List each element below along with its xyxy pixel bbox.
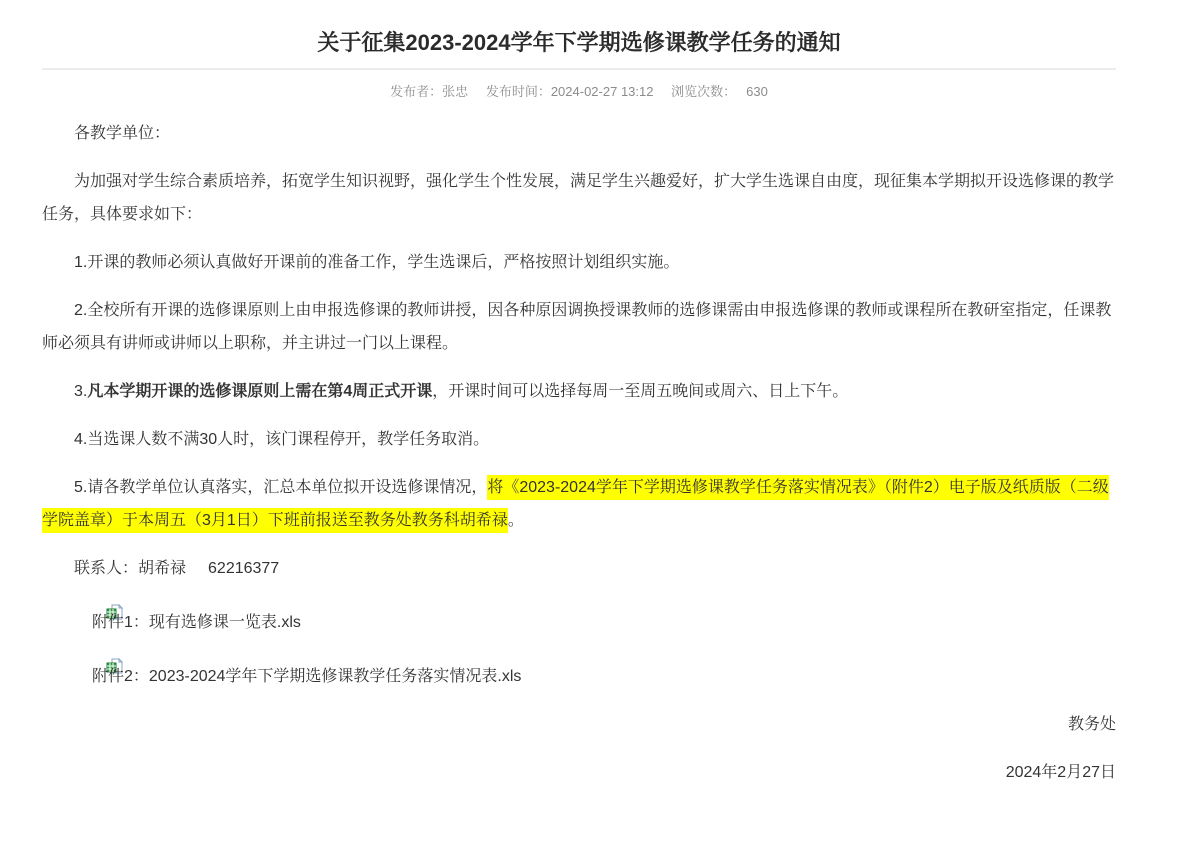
attachment-link-1[interactable]: 附件1：现有选修课一览表.xls [92, 614, 301, 631]
publisher-label: 发布者： [390, 84, 442, 99]
title-divider [42, 68, 1116, 70]
views-value: 630 [746, 84, 768, 99]
signature-department: 教务处 [42, 708, 1116, 741]
attachment-link-2[interactable]: 附件2：2023-2024学年下学期选修课教学任务落实情况表.xls [92, 668, 521, 685]
intro-paragraph: 为加强对学生综合素质培养，拓宽学生知识视野，强化学生个性发展，满足学生兴趣爱好，… [42, 165, 1116, 231]
signature-date: 2024年2月27日 [42, 756, 1116, 789]
article-meta: 发布者：张忠 发布时间：2024-02-27 13:12 浏览次数：630 [42, 82, 1116, 102]
item-3: 3.凡本学期开课的选修课原则上需在第4周正式开课，开课时间可以选择每周一至周五晚… [42, 375, 1116, 408]
publish-time-value: 2024-02-27 13:12 [551, 84, 654, 99]
publisher-value: 张忠 [442, 84, 468, 99]
item-2: 2.全校所有开课的选修课原则上由申报选修课的教师讲授，因各种原因调换授课教师的选… [42, 294, 1116, 360]
item-1: 1.开课的教师必须认真做好开课前的准备工作，学生选课后，严格按照计划组织实施。 [42, 246, 1116, 279]
views-label: 浏览次数： [671, 84, 736, 99]
excel-file-icon [74, 600, 91, 617]
attachment-row-2: 附件2：2023-2024学年下学期选修课教学任务落实情况表.xls [42, 654, 1116, 693]
contact-line: 联系人：胡希禄62216377 [42, 552, 1116, 585]
publish-time-label: 发布时间： [486, 84, 551, 99]
item-4: 4.当选课人数不满30人时，该门课程停开，教学任务取消。 [42, 423, 1116, 456]
excel-file-icon [74, 654, 91, 671]
article-body: 各教学单位： 为加强对学生综合素质培养，拓宽学生知识视野，强化学生个性发展，满足… [42, 117, 1116, 789]
contact-label: 联系人：胡希禄 [74, 560, 186, 577]
publish-time-meta: 发布时间：2024-02-27 13:12 [486, 84, 654, 99]
contact-phone: 62216377 [208, 560, 279, 577]
salutation: 各教学单位： [42, 117, 1116, 150]
item-5-prefix: 5.请各教学单位认真落实，汇总本单位拟开设选修课情况， [74, 479, 487, 496]
item-3-number: 3. [74, 383, 87, 400]
publisher-meta: 发布者：张忠 [390, 84, 468, 99]
notice-page: 关于征集2023-2024学年下学期选修课教学任务的通知 发布者：张忠 发布时间… [0, 30, 1188, 849]
attachment-row-1: 附件1：现有选修课一览表.xls [42, 600, 1116, 639]
page-title: 关于征集2023-2024学年下学期选修课教学任务的通知 [42, 30, 1116, 56]
item-5: 5.请各教学单位认真落实，汇总本单位拟开设选修课情况，将《2023-2024学年… [42, 471, 1116, 537]
item-3-rest: ，开课时间可以选择每周一至周五晚间或周六、日上下午。 [432, 383, 848, 400]
item-5-suffix: 。 [508, 512, 524, 529]
views-meta: 浏览次数：630 [671, 84, 768, 99]
item-3-bold-text: 凡本学期开课的选修课原则上需在第4周正式开课 [87, 383, 432, 400]
